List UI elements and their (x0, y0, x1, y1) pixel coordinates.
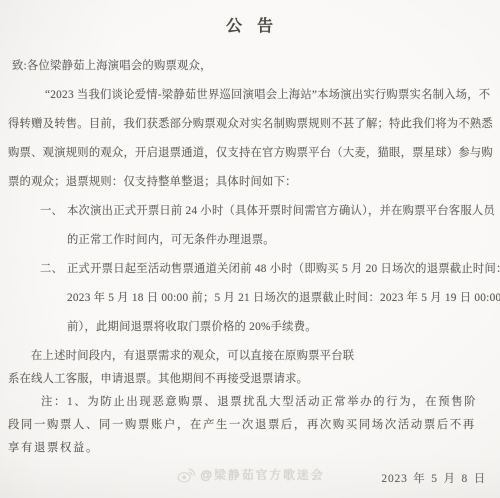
document-line: 的正常工作时间内，可无条件办理退票。 (67, 231, 500, 260)
document-line: 一、本次演出正式开票日前 24 小时（具体开票时间需官方确认），并在购票平台客服… (40, 202, 500, 231)
document-line: 在上述时间段内，有退票需求的观众，可以直接在原购票平台联 (31, 347, 500, 370)
line-text: 本次演出正式开票日前 24 小时（具体开票时间需官方确认），并在购票平台客服人员 (67, 205, 495, 217)
document-line: 系在线人工客服，申请退票。其他期间不再接受退票请求。 (8, 370, 500, 393)
document-date: 2023 年 5 月 8 日 (381, 470, 486, 486)
weibo-watermark: @梁静茹官方歌迷会 (177, 466, 324, 483)
document-line: “2023 当我们谈论爱情-梁静茹世界巡回演唱会上海站”本场演出实行购票实名制入… (45, 86, 500, 115)
document-line: 段同一购票人、同一购票账户，在产生一次退票后，再次购买同场次活动票后不再 (8, 416, 500, 439)
document-line: 票的观众；退票规则：仅支持整单整退；具体时间如下： (8, 173, 500, 202)
announcement-document: 公 告 致:各位梁静茹上海演唱会的购票观众，“2023 当我们谈论爱情-梁静茹世… (0, 0, 500, 498)
watermark-text: @梁静茹官方歌迷会 (200, 466, 324, 483)
document-line: 注：1、为防止出现恶意购票、退票扰乱大型活动正常举办的行为，在预售阶 (41, 393, 500, 416)
announcement-photo: 公 告 致:各位梁静茹上海演唱会的购票观众，“2023 当我们谈论爱情-梁静茹世… (0, 0, 500, 498)
document-line: 致:各位梁静茹上海演唱会的购票观众， (12, 57, 500, 86)
weibo-icon (177, 467, 196, 483)
list-number: 一、 (40, 202, 67, 218)
document-line: 前），此期间退票将收取门票价格的 20%手续费。 (67, 318, 500, 347)
document-line: 2023 年 5 月 18 日 00:00 前；5 月 21 日场次的退票截止时… (67, 289, 500, 318)
document-line: 得转赠及转售。目前，我们获悉部分购票观众对实名制购票规则不甚了解；特此我们将为不… (8, 115, 500, 144)
document-line: 享有退票权益。 (8, 439, 500, 462)
document-title: 公 告 (0, 13, 500, 36)
document-body: 致:各位梁静茹上海演唱会的购票观众，“2023 当我们谈论爱情-梁静茹世界巡回演… (0, 57, 500, 462)
line-text: 正式开票日起至活动售票通道关闭前 48 小时（即购买 5 月 20 日场次的退票… (67, 263, 500, 275)
list-number: 二、 (40, 260, 67, 276)
document-line: 二、正式开票日起至活动售票通道关闭前 48 小时（即购买 5 月 20 日场次的… (40, 260, 500, 289)
document-line: 购票、观演规则的观众，开启退票通道，仅支持在官方购票平台（大麦，猫眼，票星球）参… (8, 144, 500, 173)
